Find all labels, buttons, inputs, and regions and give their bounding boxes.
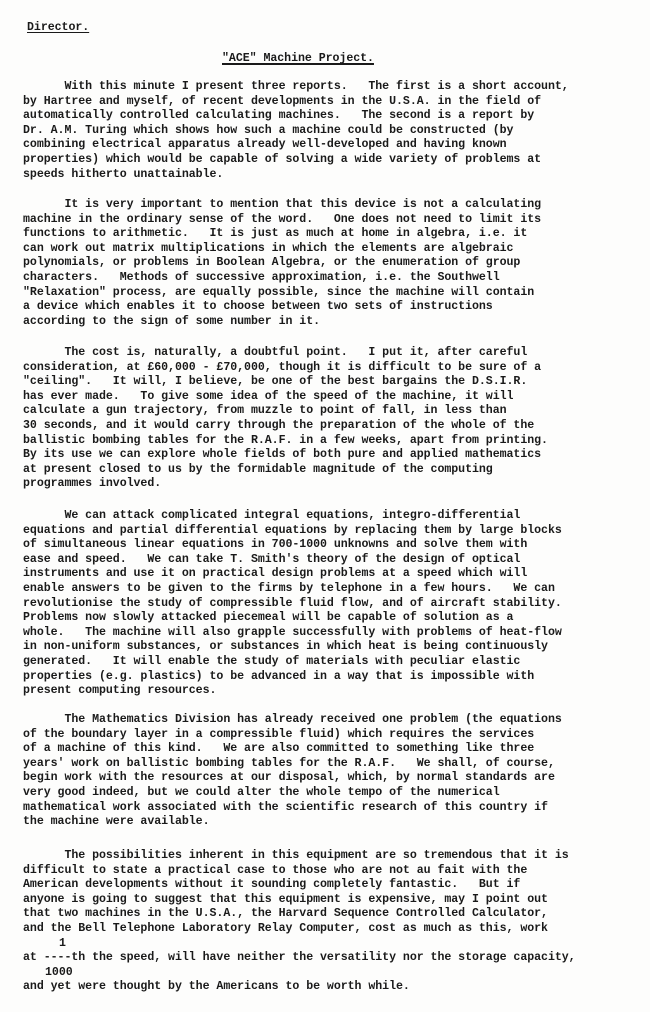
text-line: programmes involved. [23,477,643,492]
text-line: properties (e.g. plastics) to be advance… [23,670,643,685]
text-line: of simultaneous linear equations in 700-… [23,538,643,553]
text-line: of the boundary layer in a compressible … [23,728,643,743]
text-line: characters. Methods of successive approx… [23,271,643,286]
text-line: generated. It will enable the study of m… [23,655,643,670]
text-line: The cost is, naturally, a doubtful point… [23,346,643,361]
text-line: consideration, at £60,000 - £70,000, tho… [23,361,643,376]
paragraph-6: The possibilities inherent in this equip… [23,849,643,995]
text-line: mathematical work associated with the sc… [23,801,643,816]
paragraph-3: The cost is, naturally, a doubtful point… [23,346,643,492]
fraction-denominator: 1000 [23,966,643,981]
text-line: By its use we can explore whole fields o… [23,448,643,463]
text-line: equations and partial differential equat… [23,524,643,539]
text-line: very good indeed, but we could alter the… [23,786,643,801]
fraction-numerator: 1 [23,937,643,952]
text-line: instruments and use it on practical desi… [23,567,643,582]
text-line: "Relaxation" process, are equally possib… [23,286,643,301]
text-line: With this minute I present three reports… [23,80,643,95]
text-line: and the Bell Telephone Laboratory Relay … [23,922,643,937]
text-line: The possibilities inherent in this equip… [23,849,643,864]
text-line: anyone is going to suggest that this equ… [23,893,643,908]
paragraph-5: The Mathematics Division has already rec… [23,713,643,830]
text-line: We can attack complicated integral equat… [23,509,643,524]
text-line: begin work with the resources at our dis… [23,771,643,786]
text-line: The Mathematics Division has already rec… [23,713,643,728]
text-line: that two machines in the U.S.A., the Har… [23,907,643,922]
fraction-text-line: at ----th the speed, will have neither t… [23,951,643,966]
text-line: ballistic bombing tables for the R.A.F. … [23,434,643,449]
text-line: years' work on ballistic bombing tables … [23,757,643,772]
text-line: at present closed to us by the formidabl… [23,463,643,478]
paragraph-1: With this minute I present three reports… [23,80,643,182]
text-line: Dr. A.M. Turing which shows how such a m… [23,124,643,139]
text-line: speeds hitherto unattainable. [23,168,643,183]
text-line: 30 seconds, and it would carry through t… [23,419,643,434]
document-page: Director. "ACE" Machine Project. With th… [0,0,650,1012]
document-title: "ACE" Machine Project. [222,52,374,65]
text-line: the machine were available. [23,815,643,830]
text-line: enable answers to be given to the firms … [23,582,643,597]
text-line: whole. The machine will also grapple suc… [23,626,643,641]
text-line: polynomials, or problems in Boolean Alge… [23,256,643,271]
closing-line: and yet were thought by the Americans to… [23,980,643,995]
text-line: by Hartree and myself, of recent develop… [23,95,643,110]
text-line: combining electrical apparatus already w… [23,138,643,153]
text-line: present computing resources. [23,684,643,699]
text-line: in non-uniform substances, or substances… [23,640,643,655]
text-line: ease and speed. We can take T. Smith's t… [23,553,643,568]
text-line: of a machine of this kind. We are also c… [23,742,643,757]
text-line: automatically controlled calculating mac… [23,109,643,124]
text-line: according to the sign of some number in … [23,315,643,330]
addressee: Director. [27,21,89,34]
text-line: has ever made. To give some idea of the … [23,390,643,405]
text-line: difficult to state a practical case to t… [23,864,643,879]
paragraph-4: We can attack complicated integral equat… [23,509,643,699]
text-line: revolutionise the study of compressible … [23,597,643,612]
text-line: American developments without it soundin… [23,878,643,893]
text-line: machine in the ordinary sense of the wor… [23,213,643,228]
text-line: Problems now slowly attacked piecemeal w… [23,611,643,626]
text-line: functions to arithmetic. It is just as m… [23,227,643,242]
text-line: can work out matrix multiplications in w… [23,242,643,257]
text-line: It is very important to mention that thi… [23,198,643,213]
paragraph-2: It is very important to mention that thi… [23,198,643,329]
text-line: a device which enables it to choose betw… [23,300,643,315]
text-line: calculate a gun trajectory, from muzzle … [23,404,643,419]
text-line: "ceiling". It will, I believe, be one of… [23,375,643,390]
text-line: properties) which would be capable of so… [23,153,643,168]
